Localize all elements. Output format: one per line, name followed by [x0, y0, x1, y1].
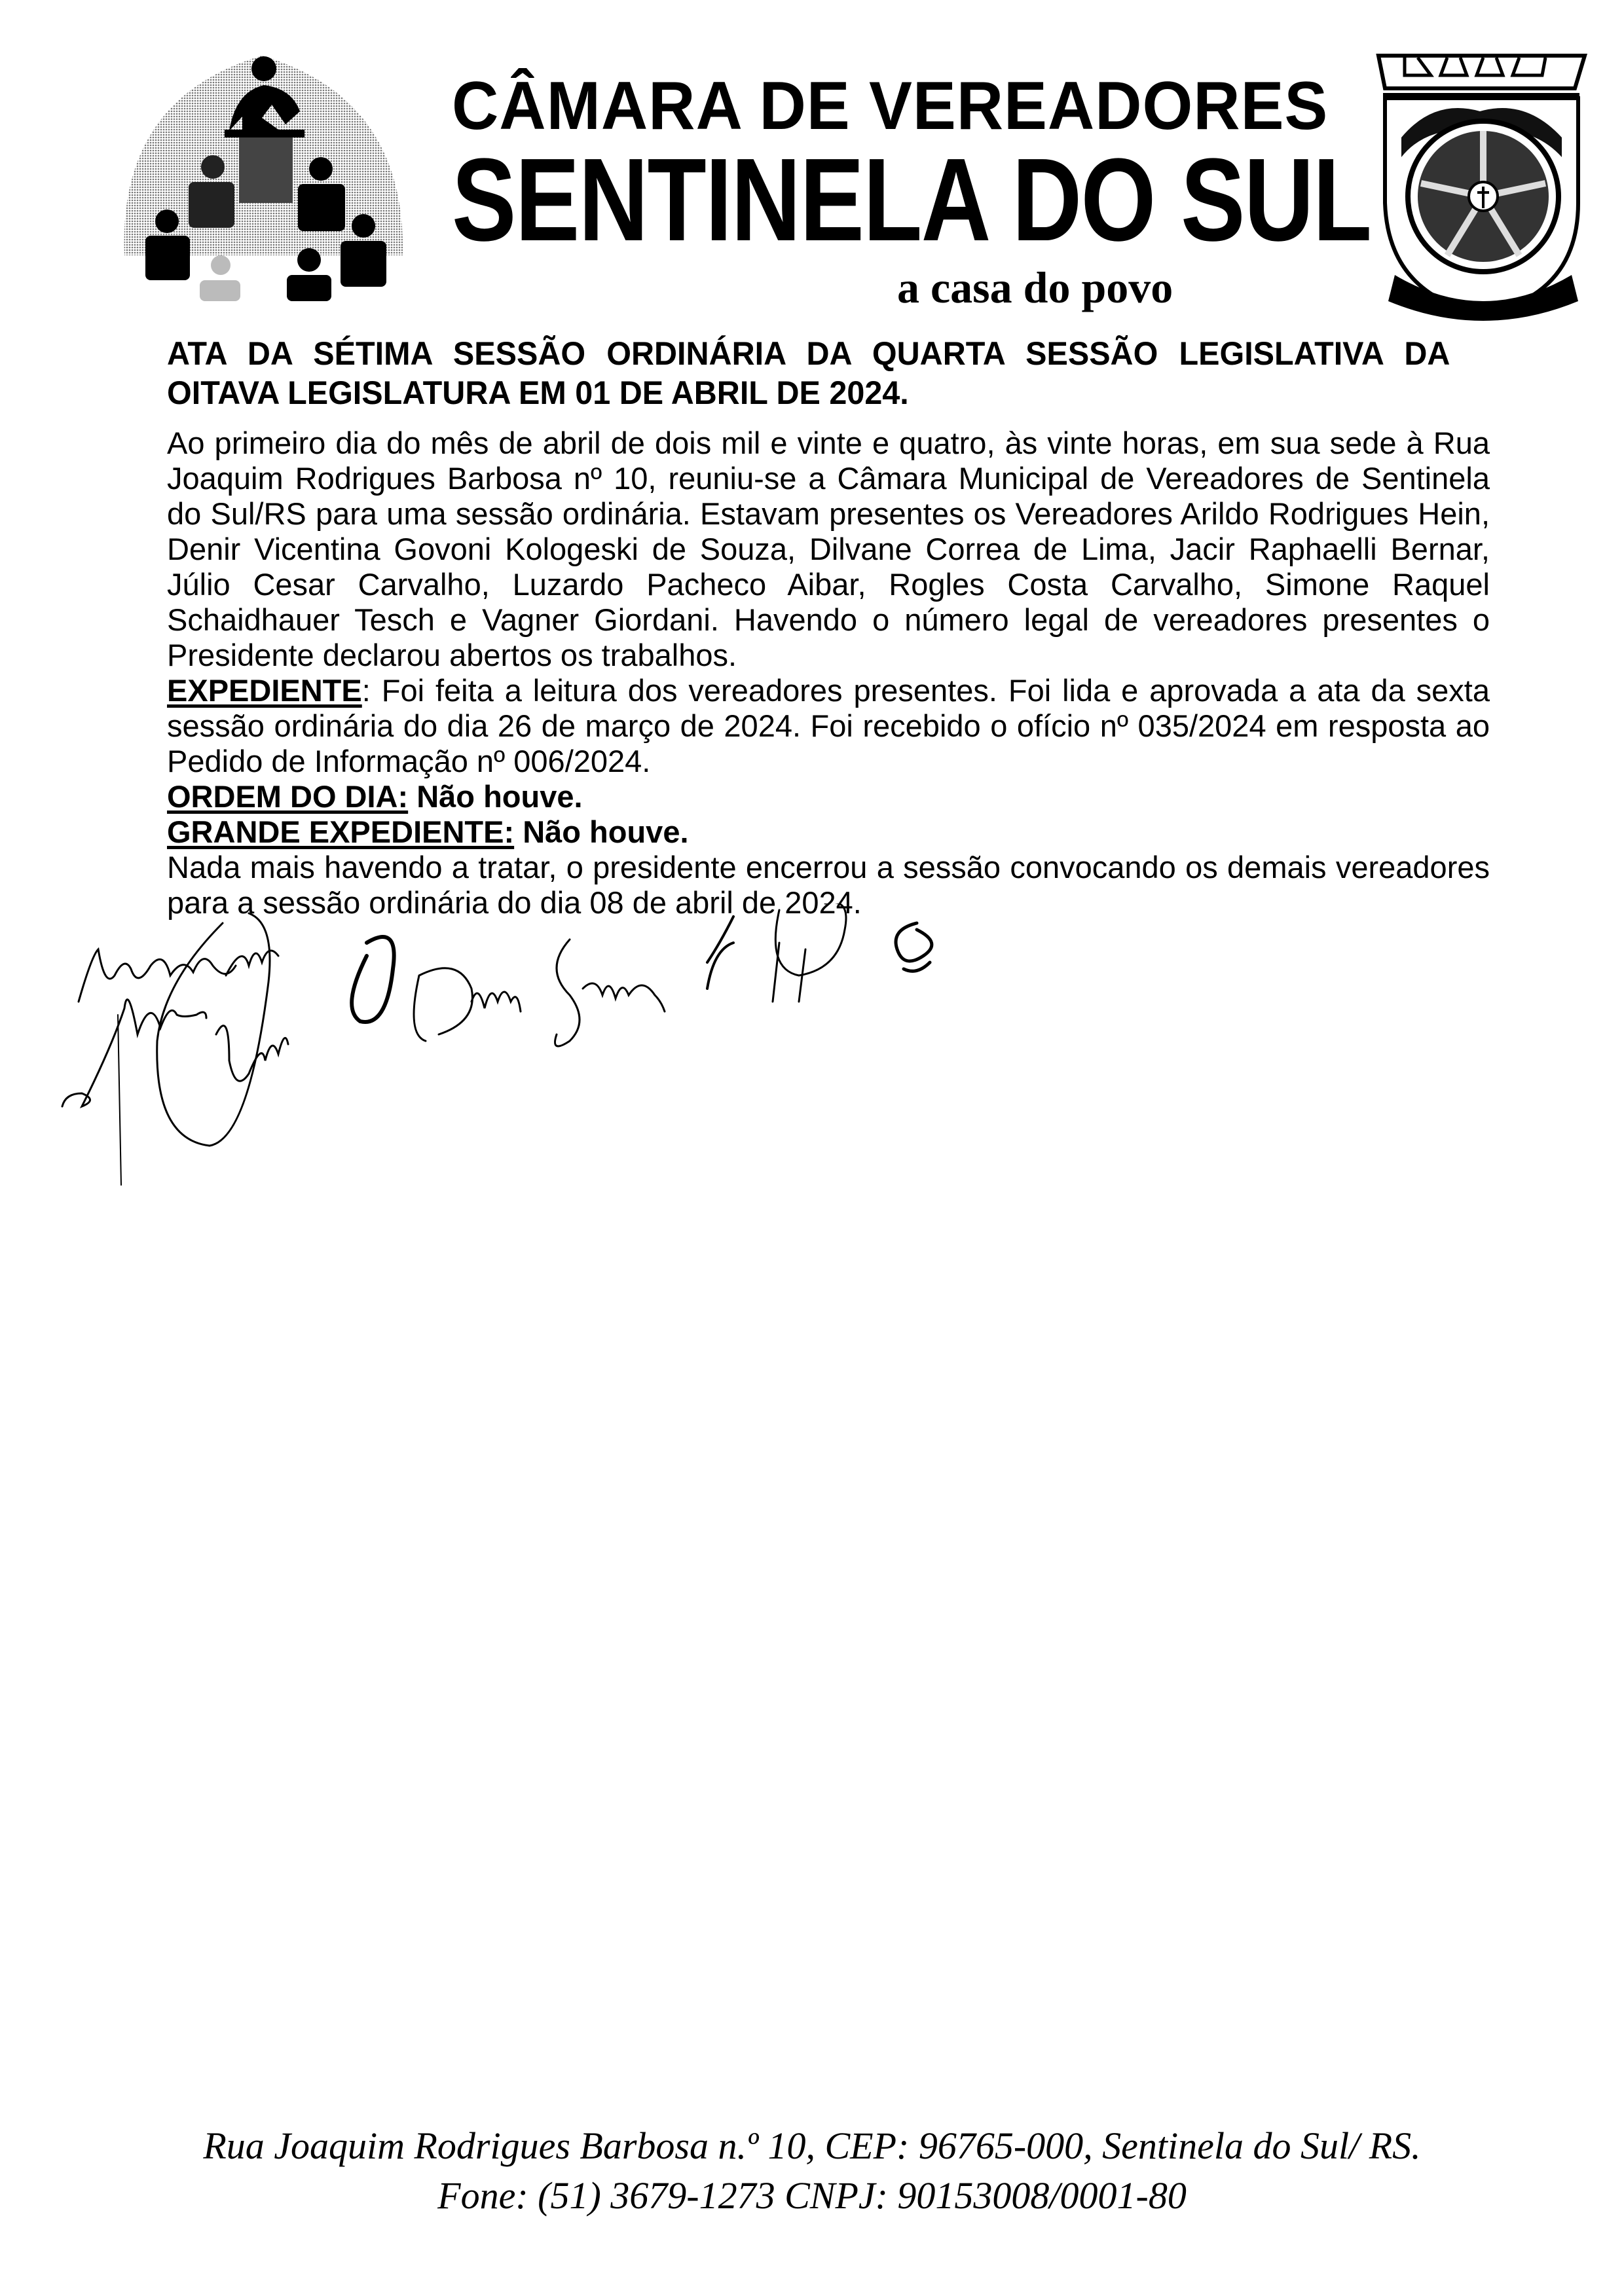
section-expediente: EXPEDIENTE: Foi feita a leitura dos vere… — [167, 673, 1490, 779]
signature-6 — [707, 917, 733, 989]
signature-7 — [775, 903, 846, 975]
letterhead-footer: Rua Joaquim Rodrigues Barbosa n.º 10, CE… — [0, 2121, 1624, 2221]
coat-of-arms-icon — [1375, 39, 1591, 327]
section-ordem-do-dia: ORDEM DO DIA: Não houve. — [167, 779, 1490, 814]
signature-2 — [157, 913, 270, 1146]
section-grande-expediente: GRANDE EXPEDIENTE: Não houve. — [167, 814, 1490, 850]
people-podium-icon — [105, 39, 426, 301]
signature-denir-souza — [414, 968, 521, 1041]
coat-of-arms — [1375, 39, 1591, 327]
signature-1 — [79, 949, 236, 1002]
footer-address: Rua Joaquim Rodrigues Barbosa n.º 10, CE… — [0, 2121, 1624, 2171]
section-label-expediente: EXPEDIENTE — [167, 673, 362, 708]
letterhead-title: CÂMARA DE VEREADORES SENTINELA DO SUL a … — [452, 72, 1303, 314]
section-label-ordem-do-dia: ORDEM DO DIA: — [167, 779, 408, 814]
footer-contact: Fone: (51) 3679-1273 CNPJ: 90153008/0001… — [0, 2171, 1624, 2221]
signature-5 — [352, 937, 394, 1022]
handwritten-signatures — [52, 903, 1559, 1192]
council-logo — [105, 39, 426, 301]
section-label-grande-expediente: GRANDE EXPEDIENTE: — [167, 814, 514, 849]
signature-3 — [62, 1000, 206, 1106]
signatures-area — [52, 903, 1559, 1192]
org-tagline: a casa do povo — [897, 262, 1303, 314]
section-text-ordem-do-dia: Não houve. — [408, 779, 582, 814]
org-name-line2: SENTINELA DO SUL — [452, 141, 1150, 259]
org-name-line1: CÂMARA DE VEREADORES — [452, 72, 1261, 140]
section-text-grande-expediente: Não houve. — [514, 814, 688, 849]
minutes-title: ATA DA SÉTIMA SESSÃO ORDINÁRIA DA QUARTA… — [167, 334, 1450, 412]
signature-8 — [896, 923, 932, 971]
opening-paragraph: Ao primeiro dia do mês de abril de dois … — [167, 426, 1490, 673]
minutes-body: Ao primeiro dia do mês de abril de dois … — [167, 426, 1490, 920]
